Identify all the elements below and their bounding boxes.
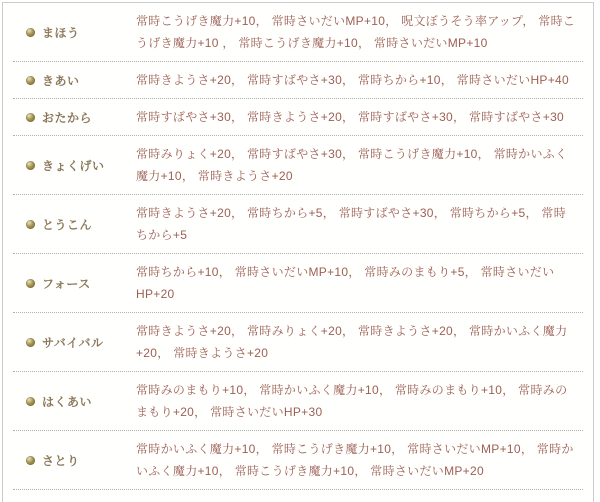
skill-name: おたから: [42, 109, 92, 126]
bullet-icon: [26, 161, 35, 170]
skill-effects-table: まほう 常時こうげき魔力+10， 常時さいだいMP+10， 呪文ぼうそう率アップ…: [2, 2, 594, 400]
table-row: おたから 常時すばやさ+30， 常時きようさ+20， 常時すばやさ+30， 常時…: [13, 99, 583, 136]
skill-name-cell: きあい: [13, 72, 136, 89]
bullet-icon: [26, 338, 35, 347]
skill-name: とうこん: [42, 216, 92, 233]
skill-effects: 常時きようさ+20， 常時みりょく+20， 常時きようさ+20， 常時かいふく魔…: [136, 320, 583, 364]
skill-name: フォース: [42, 275, 91, 292]
skill-effects: 常時みりょく+20， 常時すばやさ+30， 常時こうげき魔力+10， 常時かいふ…: [136, 143, 583, 187]
skill-name: まほう: [42, 24, 80, 41]
skill-effects: 常時きようさ+20， 常時すばやさ+30， 常時ちから+10， 常時さいだいHP…: [136, 69, 583, 91]
skill-effects: 常時こうげき魔力+10， 常時さいだいMP+10， 呪文ぼうそう率アップ， 常時…: [136, 10, 583, 54]
table-row: まほう 常時こうげき魔力+10， 常時さいだいMP+10， 呪文ぼうそう率アップ…: [13, 3, 583, 62]
table-row: とうこん 常時きようさ+20， 常時ちから+5， 常時すばやさ+30， 常時ちか…: [13, 195, 583, 254]
skill-effects: 常時すばやさ+30， 常時きようさ+20， 常時すばやさ+30， 常時すばやさ+…: [136, 106, 583, 128]
table-row: きあい 常時きようさ+20， 常時すばやさ+30， 常時ちから+10， 常時さい…: [13, 62, 583, 99]
bullet-icon: [26, 279, 35, 288]
table-row: きょくげい 常時みりょく+20， 常時すばやさ+30， 常時こうげき魔力+10，…: [13, 136, 583, 195]
bullet-icon: [26, 113, 35, 122]
skill-name-cell: きょくげい: [13, 157, 136, 174]
skill-name-cell: とうこん: [13, 216, 136, 233]
skill-name: きょくげい: [42, 157, 105, 174]
skill-effects: 常時みのまもり+10， 常時かいふく魔力+10， 常時みのまもり+10， 常時み…: [136, 379, 583, 400]
bullet-icon: [26, 397, 35, 401]
skill-name-cell: おたから: [13, 109, 136, 126]
skill-name-cell: まほう: [13, 24, 136, 41]
skill-name: はくあい: [42, 393, 92, 401]
bullet-icon: [26, 28, 35, 37]
bullet-icon: [26, 76, 35, 85]
skill-effects: 常時きようさ+20， 常時ちから+5， 常時すばやさ+30， 常時ちから+5， …: [136, 202, 583, 246]
skill-name: きあい: [42, 72, 80, 89]
skill-name: サバイバル: [42, 334, 104, 351]
table-row: フォース 常時ちから+10， 常時さいだいMP+10， 常時みのまもり+5， 常…: [13, 254, 583, 313]
skill-effects: 常時ちから+10， 常時さいだいMP+10， 常時みのまもり+5， 常時さいだい…: [136, 261, 583, 305]
skill-name-cell: サバイバル: [13, 334, 136, 351]
table-row: はくあい 常時みのまもり+10， 常時かいふく魔力+10， 常時みのまもり+10…: [13, 372, 583, 400]
bullet-icon: [26, 220, 35, 229]
skill-table-body: まほう 常時こうげき魔力+10， 常時さいだいMP+10， 呪文ぼうそう率アップ…: [3, 3, 593, 400]
skill-name-cell: フォース: [13, 275, 136, 292]
skill-name-cell: はくあい: [13, 393, 136, 401]
table-row: サバイバル 常時きようさ+20， 常時みりょく+20， 常時きようさ+20， 常…: [13, 313, 583, 372]
